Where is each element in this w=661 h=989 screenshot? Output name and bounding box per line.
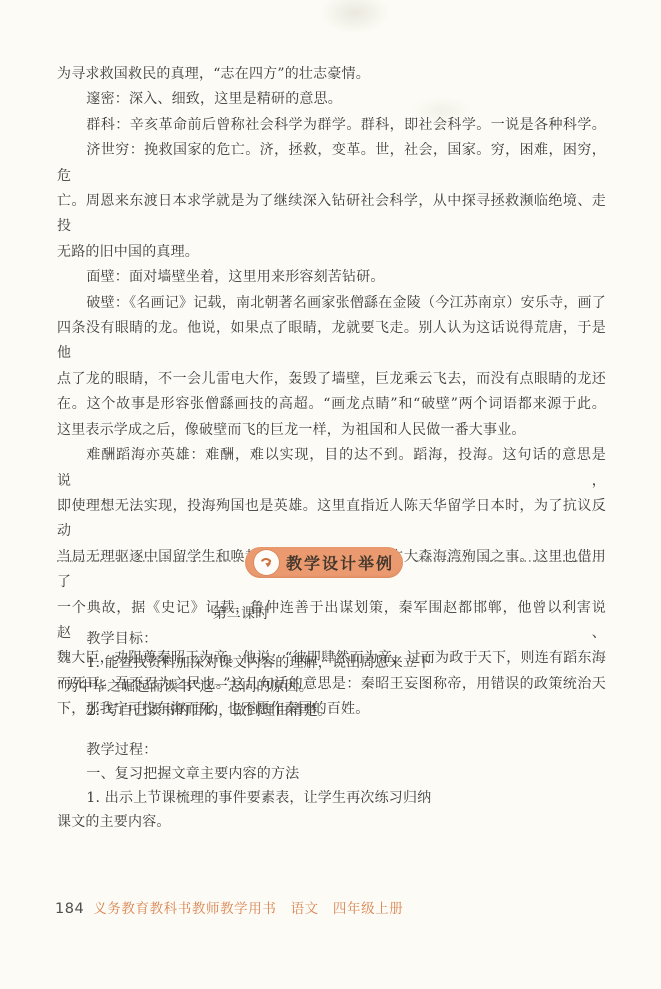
scan-smudge — [320, 0, 390, 34]
lesson-title: 第二课时 — [57, 602, 425, 626]
body-line: 这里表示学成之后，像破壁而飞的巨龙一样，为祖国和人民做一番大事业。 — [57, 418, 606, 443]
body-line: 点了龙的眼睛，不一会儿雷电大作，轰毁了墙壁，巨龙乘云飞去，而没有点眼睛的龙还 — [57, 367, 606, 392]
body-line: 邃密：深入、细致，这里是精研的意思。 — [57, 87, 606, 112]
body-line: 无路的旧中国的真理。 — [57, 240, 606, 265]
teaching-design-badge: 教学设计举例 — [245, 547, 403, 578]
body-line: 难酬蹈海亦英雄：难酬，难以实现，目的达不到。蹈海，投海。这句话的意思是说， — [57, 443, 606, 494]
badge-label: 教学设计举例 — [286, 551, 394, 574]
lesson-line: “为中华之崛起而读书”这一志向的原因。 — [57, 675, 425, 699]
body-line: 济世穷：挽救国家的危亡。济，拯救，变革。世，社会，国家。穷，困难，困穷，危 — [57, 138, 606, 189]
curved-down-arrow-icon — [257, 553, 276, 572]
book-title: 义务教育教科书教师教学用书 语文 四年级上册 — [93, 897, 403, 917]
dotted-rule-left — [57, 560, 245, 562]
body-line: 破壁：《名画记》记载，南北朝著名画家张僧繇在金陵（今江苏南京）安乐寺，画了 — [57, 291, 606, 316]
body-line: 四条没有眼睛的龙。他说，如果点了眼睛，龙就要飞走。别人认为这话说得荒唐，于是他 — [57, 316, 606, 367]
badge-circle — [254, 550, 279, 575]
page-footer: 184 义务教育教科书教师教学用书 语文 四年级上册 — [55, 897, 403, 917]
lesson-section: 第二课时 教学目标： 1. 能查找资料加深对课文内容的理解，说出周恩来立下 “为… — [57, 602, 425, 834]
lesson-line: 2. 写自己读书的目的，做到理由清楚。 — [57, 699, 425, 723]
lesson-line: 教学目标： — [57, 627, 425, 651]
book-page: 为寻求救国救民的真理，“志在四方”的壮志豪情。 邃密：深入、细致，这里是精研的意… — [0, 0, 661, 989]
body-line: 即使理想无法实现，投海殉国也是英雄。这里直指近人陈天华留学日本时，为了抗议反动 — [57, 494, 606, 545]
body-line: 亡。周恩来东渡日本求学就是为了继续深入钻研社会科学，从中探寻拯救濒临绝境、走投 — [57, 189, 606, 240]
lesson-line: 一、复习把握文章主要内容的方法 — [57, 762, 425, 786]
body-line: 面壁：面对墙壁坐着，这里用来形容刻苦钻研。 — [57, 265, 606, 290]
dotted-rule-right — [417, 560, 605, 562]
lesson-line: 1. 能查找资料加深对课文内容的理解，说出周恩来立下 — [57, 651, 425, 675]
lesson-line: 教学过程： — [57, 738, 425, 762]
body-line: 在。这个故事是形容张僧繇画技的高超。“画龙点睛”和“破壁”两个词语都来源于此。 — [57, 392, 606, 417]
lesson-line: 课文的主要内容。 — [57, 810, 425, 834]
body-line: 群科：辛亥革命前后曾称社会科学为群学。群科，即社会科学。一说是各种科学。 — [57, 113, 606, 138]
body-line: 为寻求救国救民的真理，“志在四方”的壮志豪情。 — [57, 62, 606, 87]
page-number: 184 — [55, 901, 84, 917]
lesson-line: 1. 出示上节课梳理的事件要素表，让学生再次练习归纳 — [57, 786, 425, 810]
